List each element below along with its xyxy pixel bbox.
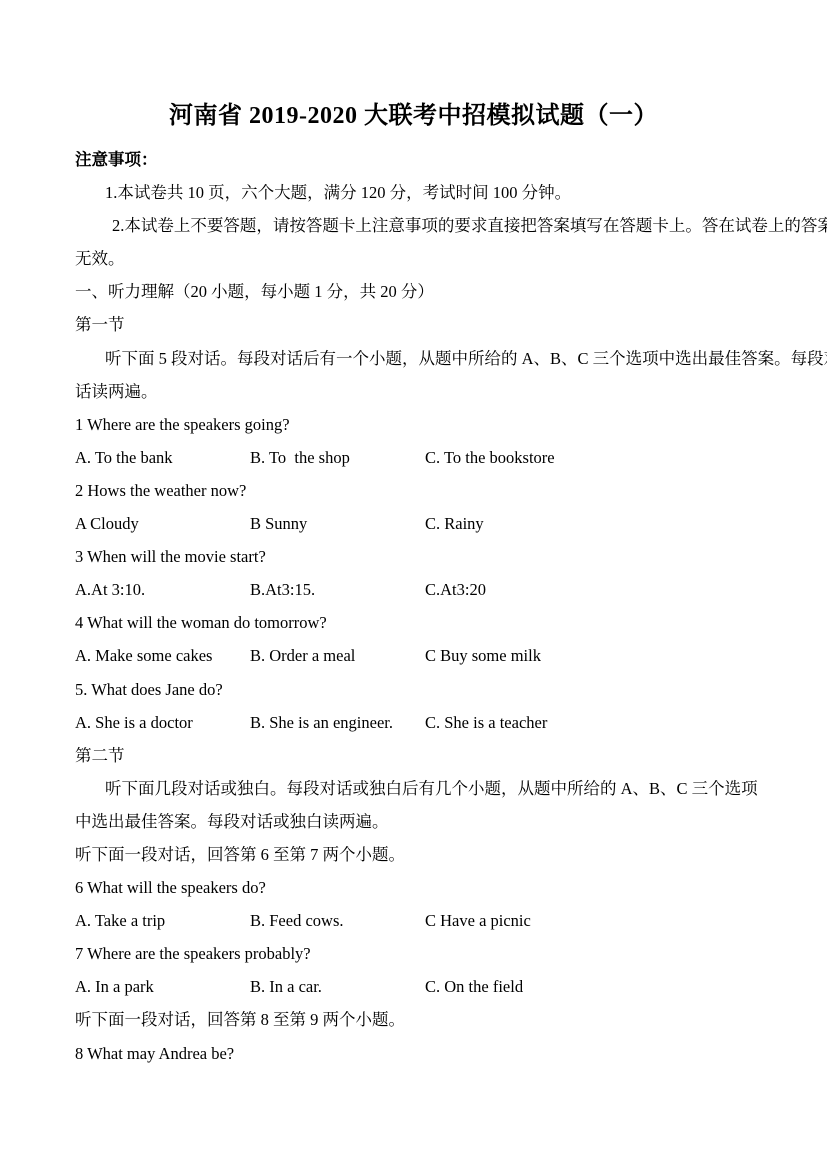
exam-title: 河南省 2019-2020 大联考中招模拟试题（一）: [0, 95, 827, 130]
question-1-option-b: B. To the shop: [250, 441, 425, 474]
question-7-stem: 7 Where are the speakers probably?: [75, 937, 765, 970]
question-6-option-b: B. Feed cows.: [250, 904, 425, 937]
part-2-label: 第二节: [75, 739, 765, 772]
question-5-stem: 5. What does Jane do?: [75, 673, 765, 706]
notice-item-2-line-1: 2.本试卷上不要答题，请按答题卡上注意事项的要求直接把答案填写在答题卡上。答在试…: [75, 209, 765, 242]
question-2-option-b: B Sunny: [250, 507, 425, 540]
question-6-option-a: A. Take a trip: [75, 904, 250, 937]
part-2-instructions-line-2: 中选出最佳答案。每段对话或独白读两遍。: [75, 805, 765, 838]
question-3-option-b: B.At3:15.: [250, 573, 425, 606]
question-6-option-c: C Have a picnic: [425, 904, 765, 937]
dialog-6-7-intro: 听下面一段对话，回答第 6 至第 7 两个小题。: [75, 838, 765, 871]
notice-heading: 注意事项：: [75, 143, 765, 176]
section-1-heading: 一、听力理解（20 小题，每小题 1 分，共 20 分）: [75, 275, 765, 308]
part-1-instructions-line-1: 听下面 5 段对话。每段对话后有一个小题，从题中所给的 A、B、C 三个选项中选…: [75, 342, 765, 375]
exam-paper-page: 河南省 2019-2020 大联考中招模拟试题（一） 注意事项： 1.本试卷共 …: [0, 0, 827, 1169]
question-4-stem: 4 What will the woman do tomorrow?: [75, 606, 765, 639]
question-8-stem: 8 What may Andrea be?: [75, 1037, 765, 1070]
part-2-instructions-line-1: 听下面几段对话或独白。每段对话或独白后有几个小题，从题中所给的 A、B、C 三个…: [75, 772, 765, 805]
question-1-option-c: C. To the bookstore: [425, 441, 765, 474]
question-5-option-a: A. She is a doctor: [75, 706, 250, 739]
question-1-stem: 1 Where are the speakers going?: [75, 408, 765, 441]
notice-item-1: 1.本试卷共 10 页，六个大题，满分 120 分，考试时间 100 分钟。: [75, 176, 765, 209]
question-4-option-c: C Buy some milk: [425, 639, 765, 672]
question-6-stem: 6 What will the speakers do?: [75, 871, 765, 904]
question-3-stem: 3 When will the movie start?: [75, 540, 765, 573]
question-6-options: A. Take a trip B. Feed cows. C Have a pi…: [75, 904, 765, 937]
question-5-option-c: C. She is a teacher: [425, 706, 765, 739]
question-3-option-a: A.At 3:10.: [75, 573, 250, 606]
question-7-options: A. In a park B. In a car. C. On the fiel…: [75, 970, 765, 1003]
question-5-option-b: B. She is an engineer.: [250, 706, 425, 739]
question-4-options: A. Make some cakes B. Order a meal C Buy…: [75, 639, 765, 672]
question-1-options: A. To the bank B. To the shop C. To the …: [75, 441, 765, 474]
notice-item-2-line-2: 无效。: [75, 242, 765, 275]
question-4-option-a: A. Make some cakes: [75, 639, 250, 672]
question-2-options: A Cloudy B Sunny C. Rainy: [75, 507, 765, 540]
question-7-option-c: C. On the field: [425, 970, 765, 1003]
question-3-option-c: C.At3:20: [425, 573, 765, 606]
question-2-option-a: A Cloudy: [75, 507, 250, 540]
dialog-8-9-intro: 听下面一段对话，回答第 8 至第 9 两个小题。: [75, 1003, 765, 1036]
question-5-options: A. She is a doctor B. She is an engineer…: [75, 706, 765, 739]
part-1-instructions-line-2: 话读两遍。: [75, 375, 765, 408]
question-7-option-b: B. In a car.: [250, 970, 425, 1003]
exam-body: 注意事项： 1.本试卷共 10 页，六个大题，满分 120 分，考试时间 100…: [75, 143, 765, 1070]
question-7-option-a: A. In a park: [75, 970, 250, 1003]
question-3-options: A.At 3:10. B.At3:15. C.At3:20: [75, 573, 765, 606]
question-2-option-c: C. Rainy: [425, 507, 765, 540]
question-4-option-b: B. Order a meal: [250, 639, 425, 672]
question-2-stem: 2 Hows the weather now?: [75, 474, 765, 507]
question-1-option-a: A. To the bank: [75, 441, 250, 474]
part-1-label: 第一节: [75, 308, 765, 341]
